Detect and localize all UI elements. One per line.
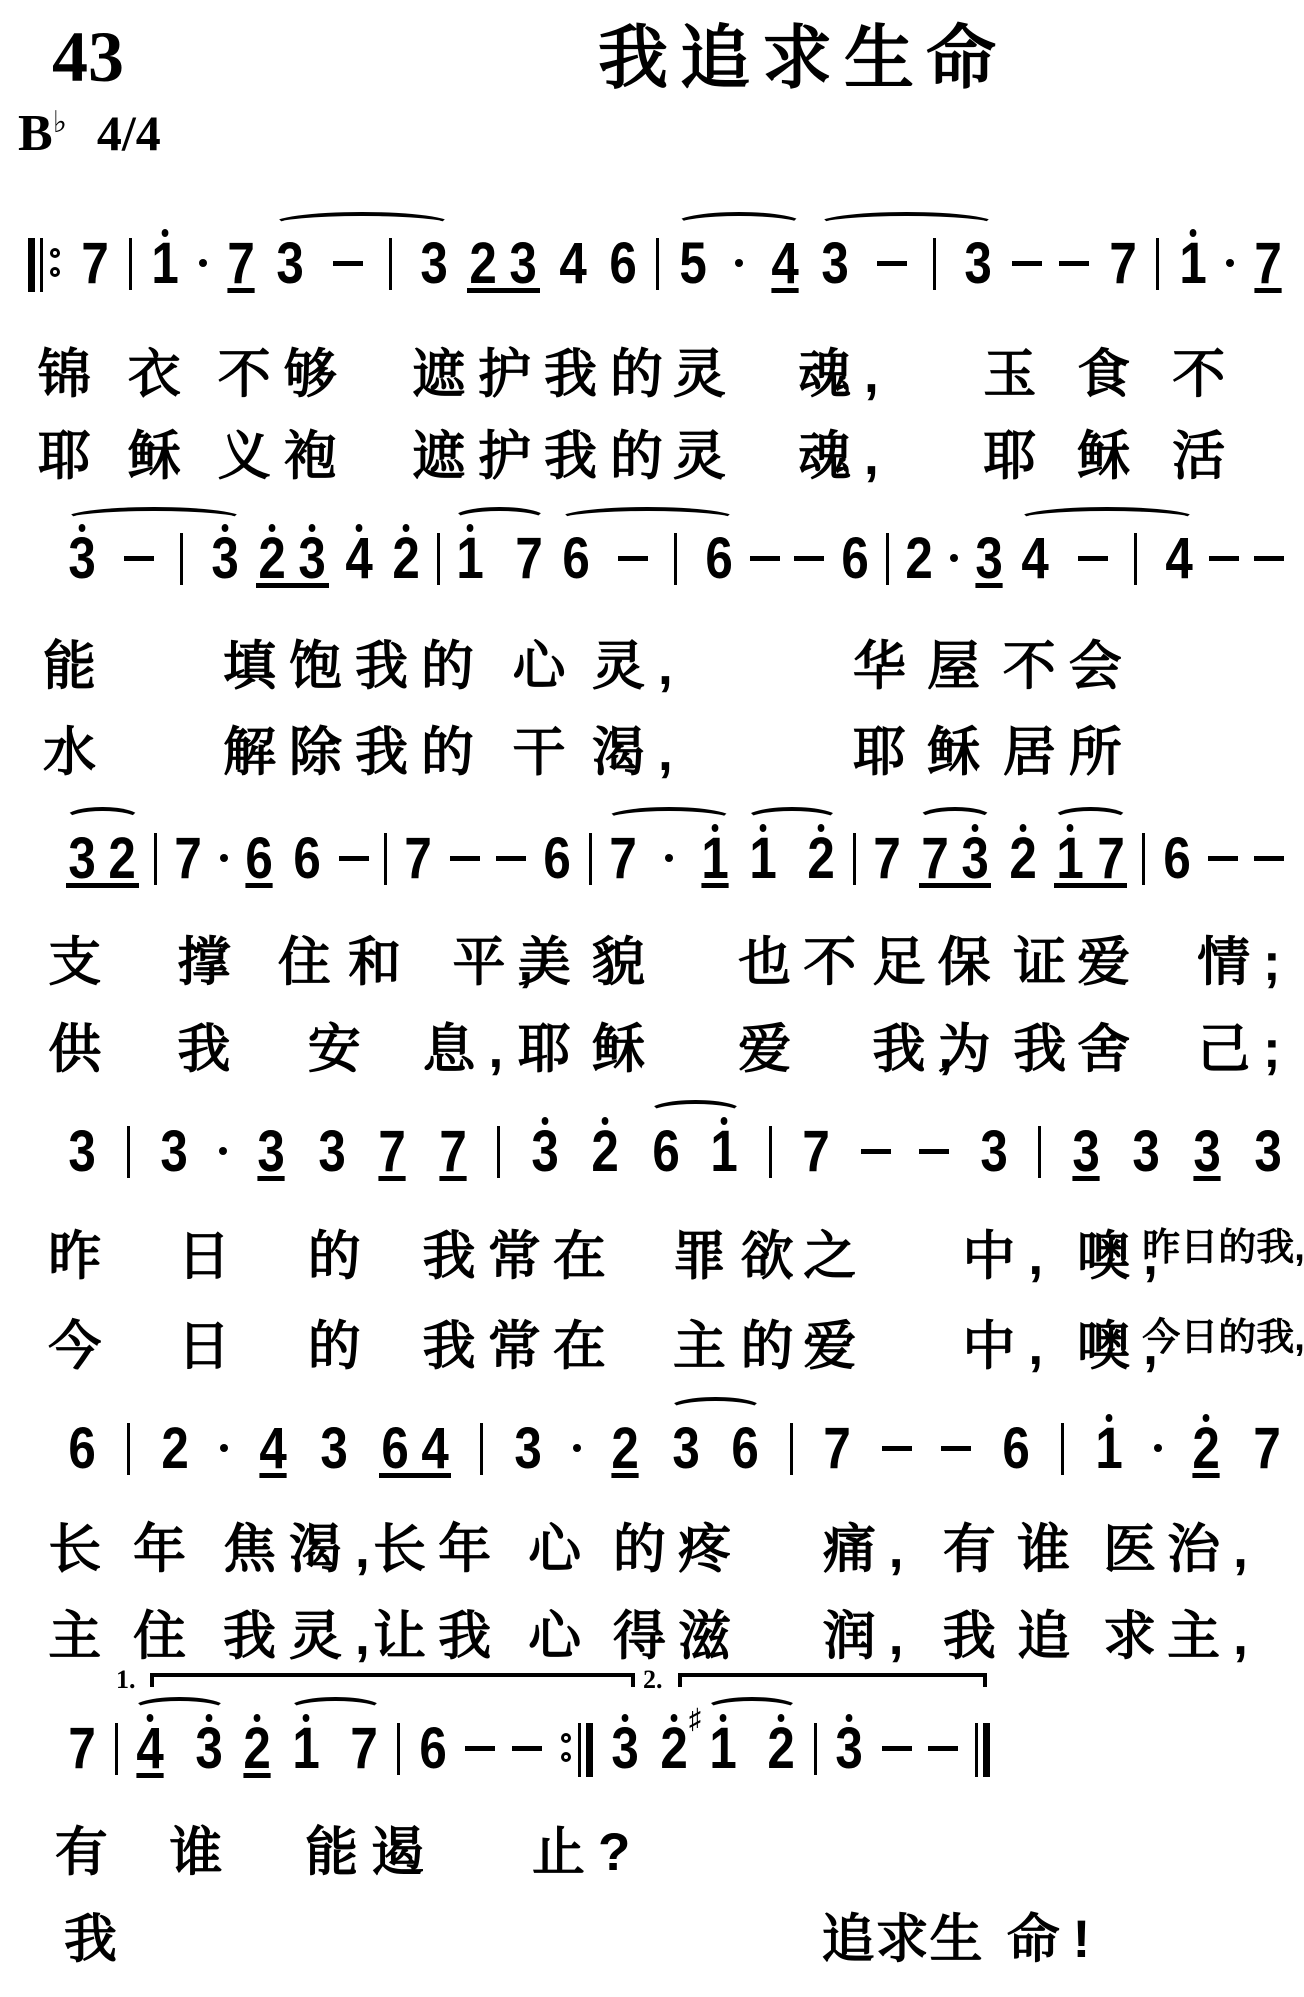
sheet-music-page: 43 我追求生命 B♭4/4 7173323465433717332342176…	[0, 0, 1304, 1997]
beam: 17	[1054, 837, 1127, 888]
barline	[1134, 533, 1137, 585]
slur: 17	[290, 1727, 381, 1771]
note: 1	[711, 1130, 738, 1174]
lyric-syllable: 主,	[1167, 1607, 1261, 1668]
augmentation-dot	[199, 259, 207, 267]
volta-bracket-2	[678, 1673, 987, 1687]
note: 1	[702, 837, 729, 888]
thin-bar	[40, 238, 43, 292]
lyric-syllable: 疼	[678, 1520, 744, 1581]
lyric-syllable: 耶	[853, 723, 919, 784]
lyric-syllable: 供	[48, 1020, 114, 1081]
note: 4	[137, 1727, 164, 1778]
note: 6	[293, 837, 320, 881]
barline	[814, 1723, 817, 1775]
lyric-syllable: 年	[133, 1520, 199, 1581]
music-line-2: 332342176662344	[66, 537, 1284, 595]
lyric-syllable: 今	[48, 1317, 114, 1378]
lyric-syllable: 活	[1172, 427, 1238, 488]
lyric-syllable: 中,	[962, 1317, 1056, 1378]
duration-dash	[919, 1149, 949, 1154]
lyric-syllable: 日	[177, 1227, 243, 1288]
duration-dash	[1208, 856, 1238, 861]
note: 3	[195, 1727, 222, 1771]
note: 7	[351, 1727, 378, 1771]
volta-label-1: 1.	[116, 1667, 136, 1693]
note: 4	[1022, 537, 1049, 581]
lyric-syllable: 有	[943, 1520, 1009, 1581]
repeat-dot	[561, 1733, 571, 1743]
note: 7	[609, 837, 636, 881]
lyric-syllable: 长	[373, 1520, 439, 1581]
note: 2	[660, 1727, 687, 1771]
duration-dash	[465, 1746, 495, 1751]
duration-dash	[882, 1746, 912, 1751]
barline	[933, 238, 936, 290]
volta-label-2: 2.	[643, 1667, 663, 1693]
lyric-syllable: 渴,	[592, 723, 686, 784]
barline	[886, 533, 889, 585]
note: 2	[259, 537, 286, 581]
lyric-syllable: 水	[43, 723, 109, 784]
note: 3	[964, 242, 991, 286]
note: 1	[1095, 1427, 1122, 1471]
hymn-title: 我追求生命	[598, 20, 1008, 97]
note: 4	[421, 1427, 448, 1471]
lyric-syllable: 舍	[1077, 1020, 1143, 1081]
hymn-number: 43	[52, 16, 124, 99]
note: 1♯	[709, 1727, 736, 1771]
barline	[589, 833, 592, 885]
note: 3	[836, 1727, 863, 1771]
note: 3	[257, 1130, 284, 1181]
slur: 66	[560, 537, 736, 585]
lyric-syllable: 在	[553, 1317, 619, 1378]
note: 3	[160, 1130, 187, 1174]
augmentation-dot	[1154, 1444, 1162, 1452]
lyric-syllable: 灵,	[592, 637, 686, 698]
final-barline	[975, 1723, 990, 1777]
augmentation-dot	[1226, 259, 1234, 267]
barline	[127, 1423, 130, 1475]
slur: 36	[670, 1427, 761, 1471]
barline	[437, 533, 440, 585]
note: 4	[1165, 537, 1192, 581]
beam: 23	[467, 242, 540, 293]
lyric-syllable: 之	[803, 1227, 869, 1288]
duration-dash	[861, 1149, 891, 1154]
lyric-syllable: 撑	[177, 933, 243, 994]
repeat-dots	[561, 1733, 571, 1762]
lyric-syllable: 中,	[962, 1227, 1056, 1288]
beam: 64	[379, 1427, 452, 1478]
lyric-syllable: 主	[48, 1607, 114, 1668]
lyric-syllable: 我	[177, 1020, 243, 1081]
barline	[180, 533, 183, 585]
lyric-syllable: 我	[422, 1317, 488, 1378]
barline	[674, 533, 677, 585]
note: 4	[346, 537, 373, 581]
lyric-syllable: 支	[48, 933, 114, 994]
barline	[1142, 833, 1145, 885]
duration-dash	[1209, 556, 1239, 561]
lyric-syllable: 屋	[927, 637, 993, 698]
augmentation-dot	[950, 554, 958, 562]
lyric-syllable: 常	[488, 1317, 554, 1378]
slur: 44	[1019, 537, 1195, 585]
note: 6	[1163, 837, 1190, 881]
lyric-syllable: 昨日的我,	[1142, 1227, 1304, 1271]
note: 7	[1254, 1427, 1281, 1471]
lyric-syllable: 美	[518, 933, 584, 994]
barline	[480, 1423, 483, 1475]
lyric-syllable: 不会	[1003, 637, 1135, 698]
lyric-syllable: 爱	[803, 1317, 869, 1378]
slur: 54	[677, 242, 802, 293]
lyric-syllable: 长	[48, 1520, 114, 1581]
note: 2	[612, 1427, 639, 1478]
note: 3	[611, 1727, 638, 1771]
lyric-syllable: 我	[438, 1607, 504, 1668]
note: 6	[246, 837, 273, 888]
lyric-syllable: 日	[177, 1317, 243, 1378]
slur: 43	[134, 1727, 225, 1778]
duration-dash	[450, 856, 480, 861]
lyric-syllable: 居所	[1003, 723, 1135, 784]
thin-bar	[975, 1723, 978, 1777]
note: 2	[1193, 1427, 1220, 1478]
note: 7	[227, 242, 254, 293]
lyric-syllable: 和	[348, 933, 414, 994]
music-line-1: 7173323465433717	[28, 242, 1284, 300]
lyric-syllable: 貌	[592, 933, 658, 994]
lyric-syllable: 欲	[741, 1227, 807, 1288]
lyric-syllable: 能遏	[305, 1823, 437, 1884]
lyric-syllable: 的	[308, 1227, 374, 1288]
lyric-syllable: 为	[938, 1020, 1004, 1081]
duration-dash	[333, 261, 363, 266]
slur: 33	[819, 242, 995, 290]
note: 1	[457, 537, 484, 581]
barline	[769, 1126, 772, 1178]
beam: 32	[66, 837, 139, 888]
note: 7	[82, 242, 109, 286]
lyric-syllable: 华	[853, 637, 919, 698]
duration-dash	[618, 556, 648, 561]
slur: 71	[607, 837, 732, 888]
note: 3	[68, 837, 95, 881]
repeat-start-barline	[28, 238, 62, 292]
slur: 17	[454, 537, 545, 581]
augmentation-dot	[735, 259, 743, 267]
lyric-syllable: 遮护我的	[412, 345, 676, 406]
note: 4	[772, 242, 799, 293]
lyric-syllable: 情;	[1197, 933, 1294, 994]
note: 2	[392, 537, 419, 581]
note: 7	[405, 837, 432, 881]
lyric-syllable: 填饱我的	[223, 637, 487, 698]
note: 7	[921, 837, 948, 881]
lyric-syllable: 耶	[38, 427, 104, 488]
lyric-syllable: 求	[1103, 1607, 1169, 1668]
note: 6	[419, 1727, 446, 1771]
note: 7	[1097, 837, 1124, 881]
note: 6	[543, 837, 570, 881]
lyric-syllable: 稣	[128, 427, 194, 488]
key-signature: B♭4/4	[18, 108, 161, 160]
lyric-syllable: 我	[943, 1607, 1009, 1668]
lyric-syllable: 稣	[592, 1020, 658, 1081]
augmentation-dot	[220, 854, 228, 862]
note: 6	[609, 242, 636, 286]
lyric-syllable: 爱	[738, 1020, 804, 1081]
lyric-syllable: 己;	[1197, 1020, 1294, 1081]
barline	[1156, 238, 1159, 290]
duration-dash	[882, 1446, 912, 1451]
lyric-syllable: 食	[1077, 345, 1143, 406]
lyric-syllable: 遮护我的	[412, 427, 676, 488]
note: 3	[68, 537, 95, 581]
note: 6	[381, 1427, 408, 1471]
note: 3	[318, 1130, 345, 1174]
note: 3	[975, 537, 1002, 588]
lyric-syllable: 滋	[678, 1607, 744, 1668]
note: 7	[1109, 242, 1136, 286]
note: 2	[1009, 837, 1036, 881]
thin-bar	[578, 1723, 581, 1777]
barline	[397, 1723, 400, 1775]
lyric-syllable: 能	[43, 637, 109, 698]
lyric-syllable: 心	[528, 1607, 594, 1668]
slur: 33	[274, 242, 450, 290]
note: 7	[68, 1727, 95, 1771]
note: 7	[439, 1130, 466, 1181]
note: 2	[767, 1727, 794, 1771]
note: 3	[821, 242, 848, 286]
note: 3	[212, 537, 239, 581]
music-line-3: 327667671127732176	[66, 837, 1284, 895]
note: 3	[514, 1427, 541, 1471]
lyric-syllable: 义袍	[218, 427, 350, 488]
flat-icon: ♭	[53, 106, 67, 139]
lyric-syllable: 追求生	[822, 1910, 984, 1971]
duration-dash	[512, 1746, 542, 1751]
music-line-6: 7432176321♯23	[66, 1727, 990, 1785]
slur: 12	[747, 837, 838, 881]
note: 2	[470, 242, 497, 286]
lyric-syllable: 保	[938, 933, 1004, 994]
lyric-syllable: 追	[1017, 1607, 1083, 1668]
beam: 23	[256, 537, 329, 588]
lyric-syllable: 我	[422, 1227, 488, 1288]
barline	[1038, 1126, 1041, 1178]
note: 2	[244, 1727, 271, 1778]
lyric-syllable: 不	[803, 933, 869, 994]
note: 6	[68, 1427, 95, 1471]
time-signature: 4/4	[97, 105, 161, 161]
lyric-syllable: 也	[738, 933, 804, 994]
note: 3	[1072, 1130, 1099, 1181]
note: 1	[152, 242, 179, 286]
sharp-accidental: ♯	[689, 1705, 701, 1733]
repeat-dots	[50, 248, 60, 277]
duration-dash	[1059, 261, 1089, 266]
duration-dash	[339, 856, 369, 861]
lyric-syllable: 的	[613, 1520, 679, 1581]
lyric-syllable: 今日的我,	[1142, 1317, 1304, 1361]
lyric-syllable: 魂,	[798, 345, 892, 406]
key-letter: B	[18, 105, 53, 162]
duration-dash	[941, 1446, 971, 1451]
lyric-syllable: 耶	[983, 427, 1049, 488]
thick-bar	[586, 1723, 593, 1777]
lyric-syllable: 不够	[218, 345, 350, 406]
music-line-5: 624364323676127	[66, 1427, 1284, 1485]
note: 6	[562, 537, 589, 581]
barline	[154, 833, 157, 885]
slur: 32	[66, 837, 139, 888]
duration-dash	[794, 556, 824, 561]
duration-dash	[1254, 556, 1284, 561]
note: 7	[515, 537, 542, 581]
duration-dash	[1012, 261, 1042, 266]
barline	[1061, 1423, 1064, 1475]
beam: 73	[919, 837, 992, 888]
lyric-syllable: 住	[278, 933, 344, 994]
note: 7	[874, 837, 901, 881]
note: 2	[906, 537, 933, 581]
lyric-syllable: 昨	[48, 1227, 114, 1288]
note: 6	[1002, 1427, 1029, 1471]
note: 1	[749, 837, 776, 881]
repeat-dot	[50, 267, 60, 277]
lyric-syllable: 罪	[673, 1227, 739, 1288]
note: 7	[175, 837, 202, 881]
lyric-syllable: 我	[64, 1910, 130, 1971]
note: 3	[980, 1130, 1007, 1174]
note: 6	[731, 1427, 758, 1471]
lyric-syllable: 得	[613, 1607, 679, 1668]
note: 5	[679, 242, 706, 286]
lyric-syllable: 爱	[1077, 933, 1143, 994]
lyric-syllable: 安	[308, 1020, 374, 1081]
note: 2	[109, 837, 136, 881]
note: 3	[962, 837, 989, 881]
volta-bracket-1	[150, 1673, 635, 1687]
music-line-4: 3333773261733333	[66, 1130, 1284, 1188]
lyric-syllable: 灵	[673, 345, 739, 406]
note: 3	[510, 242, 537, 286]
lyric-syllable: 足	[872, 933, 938, 994]
lyric-syllable: 干	[512, 723, 578, 784]
note: 7	[824, 1427, 851, 1471]
lyric-syllable: 治,	[1167, 1520, 1261, 1581]
note: 7	[803, 1130, 830, 1174]
note: 2	[808, 837, 835, 881]
barline	[853, 833, 856, 885]
lyric-syllable: 灵	[673, 427, 739, 488]
lyric-syllable: 玉	[983, 345, 1049, 406]
lyric-syllable: 谁	[170, 1823, 236, 1884]
slur: 73	[919, 837, 992, 888]
barline	[129, 238, 132, 290]
slur: 61	[650, 1130, 741, 1174]
lyric-syllable: 不	[1172, 345, 1238, 406]
augmentation-dot	[219, 1147, 227, 1155]
lyric-syllable: 证	[1013, 933, 1079, 994]
repeat-dot	[561, 1752, 571, 1762]
duration-dash	[124, 556, 154, 561]
lyric-syllable: 稣	[1077, 427, 1143, 488]
duration-dash	[877, 261, 907, 266]
lyric-syllable: 耶	[518, 1020, 584, 1081]
lyric-syllable: 我	[1013, 1020, 1079, 1081]
lyric-syllable: 痛,	[823, 1520, 917, 1581]
lyric-syllable: 在	[553, 1227, 619, 1288]
note: 4	[560, 242, 587, 286]
note: 3	[320, 1427, 347, 1471]
note: 6	[841, 537, 868, 581]
thick-bar	[28, 238, 35, 292]
note: 3	[299, 537, 326, 581]
note: 1	[1179, 242, 1206, 286]
lyric-syllable: 主	[673, 1317, 739, 1378]
note: 1	[293, 1727, 320, 1771]
lyric-syllable: 心	[512, 637, 578, 698]
lyric-syllable: 谁	[1017, 1520, 1083, 1581]
barline	[790, 1423, 793, 1475]
note: 1	[1057, 837, 1084, 881]
note: 2	[592, 1130, 619, 1174]
lyric-syllable: 我灵,	[223, 1607, 383, 1668]
note: 7	[379, 1130, 406, 1181]
lyric-syllable: 命!	[1007, 1910, 1104, 1971]
lyric-syllable: 的	[741, 1317, 807, 1378]
note: 3	[531, 1130, 558, 1174]
note: 4	[259, 1427, 286, 1478]
lyric-syllable: 医	[1103, 1520, 1169, 1581]
note: 3	[1254, 1130, 1281, 1174]
lyric-syllable: 锦	[38, 345, 104, 406]
note: 6	[652, 1130, 679, 1174]
lyric-syllable: 住	[133, 1607, 199, 1668]
augmentation-dot	[573, 1444, 581, 1452]
lyric-syllable: 润,	[823, 1607, 917, 1668]
lyric-syllable: 魂,	[798, 427, 892, 488]
slur: 17	[1054, 837, 1127, 888]
lyric-syllable: 解除我的	[223, 723, 487, 784]
slur: 1♯2	[707, 1727, 798, 1771]
note: 3	[1193, 1130, 1220, 1181]
repeat-dot	[50, 248, 60, 258]
lyric-syllable: 的	[308, 1317, 374, 1378]
lyric-syllable: 息,	[422, 1020, 516, 1081]
note: 3	[673, 1427, 700, 1471]
lyric-syllable: 让	[373, 1607, 439, 1668]
note: 3	[68, 1130, 95, 1174]
duration-dash	[928, 1746, 958, 1751]
lyric-syllable: 有	[55, 1823, 121, 1884]
barline	[115, 1723, 118, 1775]
note: 3	[1133, 1130, 1160, 1174]
duration-dash	[496, 856, 526, 861]
lyric-syllable: 止?	[532, 1823, 643, 1884]
lyric-syllable: 衣	[128, 345, 194, 406]
lyric-syllable: 焦渴,	[223, 1520, 383, 1581]
thick-bar	[983, 1723, 990, 1777]
duration-dash	[1078, 556, 1108, 561]
note: 6	[705, 537, 732, 581]
